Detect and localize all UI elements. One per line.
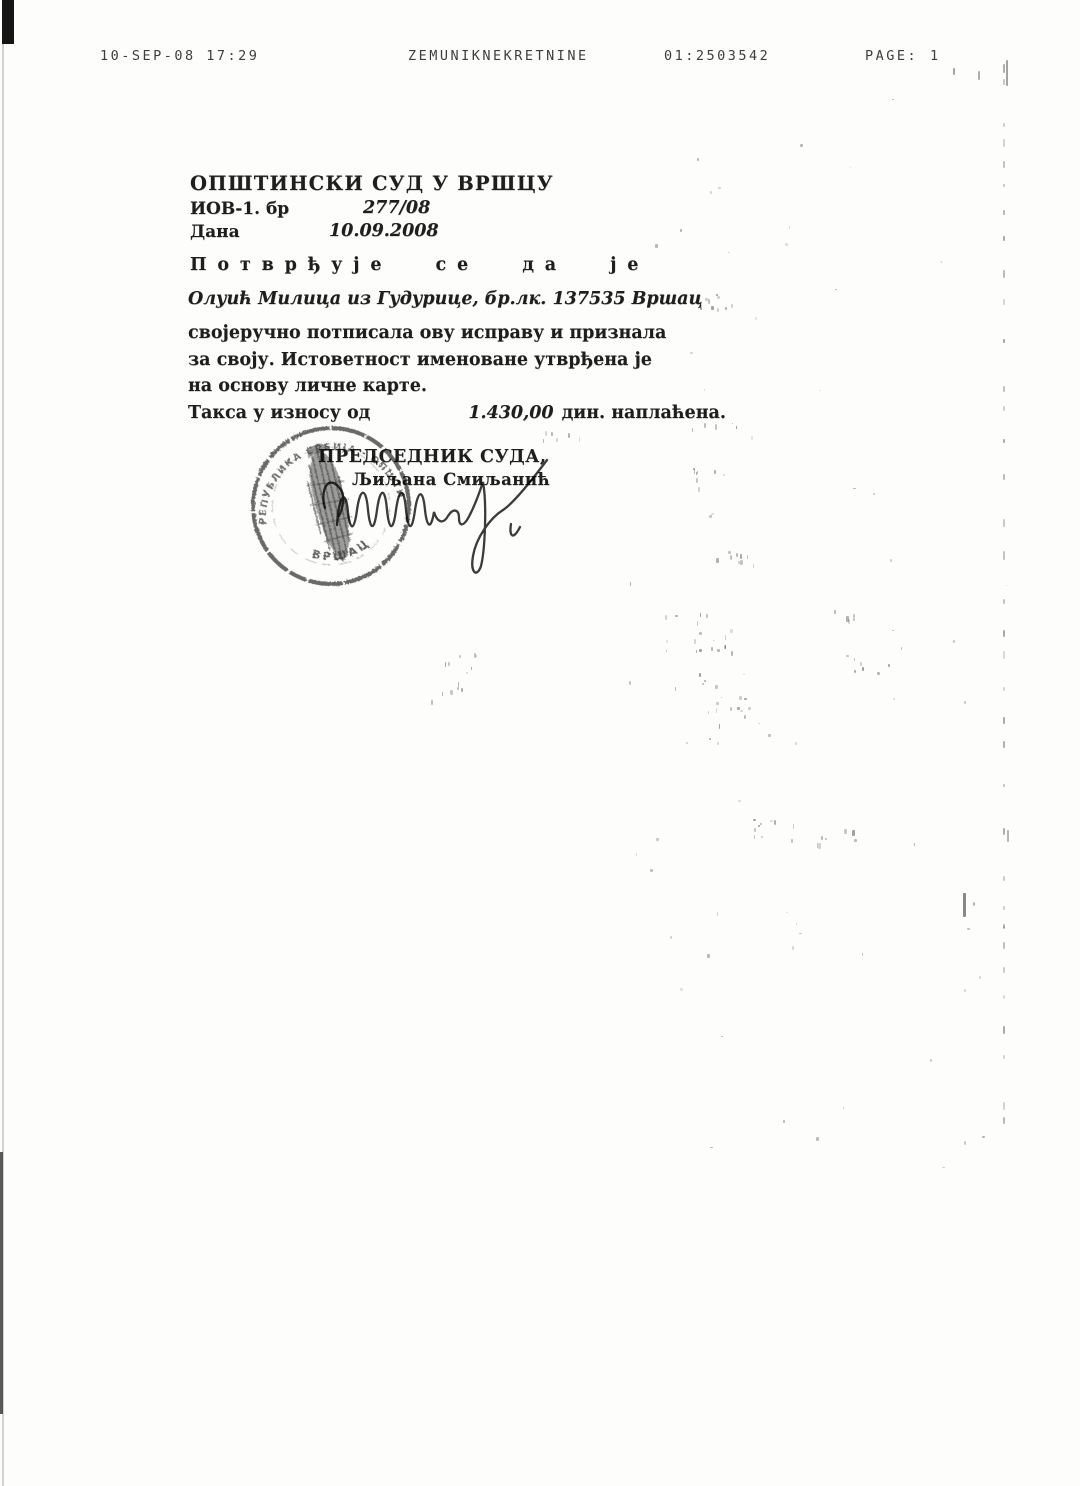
noise-speck [789, 226, 790, 230]
date-label: Дана [190, 222, 240, 242]
noise-speck [1003, 270, 1005, 278]
noise-speck [796, 923, 797, 924]
noise-speck [1003, 1117, 1005, 1124]
noise-speck [914, 843, 916, 846]
noise-speck [751, 436, 752, 440]
noise-speck [705, 298, 708, 302]
noise-speck [853, 614, 855, 617]
noise-speck [843, 1107, 844, 1109]
noise-speck [1003, 967, 1005, 973]
noise-speck [698, 487, 700, 492]
noise-speck [694, 639, 696, 644]
noise-speck [445, 662, 447, 667]
noise-speck [714, 470, 717, 474]
noise-speck [758, 723, 760, 724]
noise-speck [754, 828, 756, 832]
noise-speck [755, 317, 758, 320]
noise-speck [854, 839, 856, 842]
noise-speck [717, 308, 719, 312]
noise-speck [973, 902, 975, 906]
noise-speck [844, 829, 847, 834]
noise-speck [697, 158, 699, 161]
noise-speck [1003, 876, 1005, 881]
noise-speck [732, 423, 733, 425]
noise-speck [783, 1120, 784, 1124]
noise-speck [1003, 123, 1005, 126]
noise-speck [442, 692, 443, 695]
noise-speck [725, 307, 728, 311]
noise-speck [728, 252, 729, 253]
noise-speck [852, 830, 855, 835]
noise-speck [1003, 386, 1005, 392]
court-name-heading: ОПШТИНСКИ СУД У ВРШЦУ [190, 172, 554, 195]
scan-corner-black-bar [2, 0, 14, 44]
noise-speck [699, 632, 701, 635]
fax-page-label: PAGE: [865, 48, 918, 64]
noise-speck [964, 701, 966, 704]
noise-speck [848, 619, 850, 624]
noise-speck [711, 647, 713, 651]
noise-speck [709, 515, 712, 518]
noise-speck [743, 673, 745, 675]
noise-speck [761, 836, 763, 838]
noise-speck [670, 936, 672, 939]
noise-speck [704, 680, 707, 682]
fax-datetime: 10-SEP-08 17:29 [100, 48, 259, 64]
noise-speck [656, 838, 659, 841]
noise-speck [738, 800, 740, 802]
fax-sender-id: ZEMUNIKNEKRETNINE [408, 48, 589, 64]
noise-speck [725, 635, 726, 640]
noise-speck [675, 687, 677, 691]
noise-speck [1003, 551, 1005, 559]
noise-speck [680, 988, 683, 991]
noise-speck [650, 869, 653, 872]
noise-speck [754, 835, 755, 839]
noise-speck [978, 71, 980, 80]
fax-number: 01:2503542 [664, 48, 770, 64]
noise-speck [873, 493, 875, 495]
noise-speck [967, 928, 970, 930]
case-number-value: 277/08 [363, 198, 430, 218]
noise-speck [1003, 139, 1005, 147]
noise-speck [709, 738, 711, 741]
noise-speck [725, 645, 726, 649]
noise-speck [723, 474, 725, 476]
noise-speck [770, 820, 773, 822]
noise-speck [774, 820, 776, 825]
noise-speck [718, 187, 720, 189]
noise-speck [1003, 784, 1005, 788]
noise-speck [940, 261, 943, 263]
noise-speck [964, 989, 966, 993]
noise-speck [768, 734, 770, 737]
noise-speck [568, 433, 570, 438]
noise-speck [693, 468, 696, 470]
noise-speck [731, 304, 733, 308]
noise-speck [717, 649, 720, 652]
noise-speck [474, 653, 476, 658]
scan-left-edge-dark-segment [0, 1152, 3, 1414]
noise-speck [707, 954, 710, 958]
noise-speck [953, 68, 955, 75]
noise-speck [892, 630, 893, 632]
date-value: 10.09.2008 [329, 221, 439, 241]
noise-speck [630, 582, 631, 586]
noise-speck [1003, 1026, 1005, 1034]
noise-speck [704, 389, 705, 391]
noise-speck [450, 690, 453, 695]
noise-speck [1003, 1102, 1005, 1109]
noise-speck [724, 645, 726, 648]
tax-line: Такса у износу од1.430,00дин. наплаћена. [188, 403, 726, 423]
noise-speck [716, 708, 717, 712]
noise-speck [466, 672, 468, 674]
noise-speck [706, 614, 708, 618]
noise-speck [740, 560, 743, 565]
noise-speck [579, 437, 581, 442]
noise-speck [717, 296, 720, 299]
noise-speck [979, 976, 981, 979]
noise-speck [747, 555, 749, 559]
noise-speck [458, 682, 459, 687]
noise-speck [696, 650, 697, 653]
noise-speck [850, 167, 851, 168]
noise-speck [825, 838, 827, 840]
noise-speck [942, 1167, 945, 1169]
noise-speck [888, 664, 891, 667]
noise-speck [1003, 519, 1005, 527]
noise-speck [740, 554, 743, 559]
noise-speck [730, 629, 733, 633]
noise-speck [697, 621, 698, 626]
noise-speck [800, 144, 803, 146]
noise-speck [728, 551, 731, 554]
noise-speck [853, 488, 855, 490]
noise-speck [1003, 926, 1005, 929]
noise-speck [1003, 210, 1005, 215]
noise-speck [953, 640, 955, 644]
noise-speck [459, 655, 461, 657]
noise-speck [730, 555, 732, 560]
president-signature [315, 430, 565, 590]
noise-speck [716, 558, 719, 563]
noise-speck [760, 823, 762, 825]
noise-speck [846, 655, 848, 658]
noise-speck [731, 651, 733, 656]
noise-speck [704, 423, 705, 428]
noise-speck [721, 1036, 723, 1037]
noise-speck [715, 685, 718, 689]
noise-speck [697, 471, 698, 475]
noise-speck [675, 615, 678, 617]
noise-speck [680, 229, 682, 232]
noise-speck [1003, 687, 1005, 691]
tax-amount: 1.430,00 [468, 403, 553, 423]
noise-speck [740, 710, 742, 711]
noise-speck [1003, 1055, 1005, 1059]
noise-speck [665, 615, 666, 619]
noise-speck [713, 640, 715, 642]
noise-speck [1003, 474, 1005, 481]
noise-speck [721, 697, 722, 699]
noise-speck [964, 1141, 965, 1145]
noise-speck [708, 299, 710, 304]
noise-speck [710, 191, 713, 195]
noise-speck [700, 613, 701, 617]
noise-speck [791, 839, 793, 844]
noise-speck [738, 561, 740, 564]
noise-speck [860, 662, 862, 666]
fax-noise-layer [0, 0, 1080, 1486]
noise-speck [821, 836, 822, 841]
fax-page-number: 1 [930, 48, 941, 64]
noise-speck [711, 513, 714, 516]
noise-speck [816, 1137, 819, 1140]
noise-speck [699, 649, 702, 652]
noise-speck [702, 683, 704, 685]
noise-speck [785, 243, 788, 246]
noise-speck [835, 289, 837, 291]
noise-speck [711, 306, 714, 310]
noise-speck [1003, 651, 1005, 659]
noise-speck [699, 673, 701, 678]
noise-speck [1003, 184, 1005, 187]
certification-statement: Потврђује се да је [190, 255, 649, 275]
noise-speck [448, 662, 450, 666]
noise-speck [692, 428, 694, 432]
noise-speck [708, 711, 709, 714]
noise-speck [431, 700, 434, 705]
noise-speck [461, 688, 462, 693]
noise-speck [1003, 906, 1005, 910]
scanned-document-page: 10-SEP-08 17:29 ZEMUNIKNEKRETNINE 01:250… [0, 0, 1080, 1486]
noise-speck [716, 702, 719, 705]
noise-speck [694, 469, 695, 474]
noise-speck [786, 912, 788, 913]
noise-speck [696, 478, 697, 483]
noise-speck [1003, 741, 1005, 747]
noise-speck [1003, 630, 1005, 638]
noise-speck [1003, 161, 1005, 168]
noise-speck [854, 670, 856, 673]
noise-speck [817, 843, 819, 847]
noise-speck [730, 707, 732, 711]
noise-speck [1003, 299, 1005, 305]
noise-speck [655, 244, 658, 248]
noise-speck [877, 672, 879, 675]
noise-speck [963, 893, 966, 917]
noise-speck [846, 616, 849, 621]
noise-speck [792, 946, 794, 949]
noise-speck [744, 698, 746, 700]
noise-speck [901, 647, 902, 651]
noise-speck [719, 724, 720, 729]
noise-speck [893, 698, 895, 700]
noise-speck [1003, 942, 1005, 949]
noise-speck [890, 559, 892, 562]
noise-speck [457, 687, 459, 690]
noise-speck [748, 707, 751, 711]
noise-speck [1007, 830, 1009, 842]
noise-speck [690, 352, 692, 354]
noise-speck [795, 742, 797, 745]
noise-speck [819, 390, 820, 391]
noise-speck [758, 825, 760, 827]
noise-speck [1003, 599, 1005, 603]
noise-speck [716, 294, 718, 297]
noise-speck [476, 655, 477, 657]
noise-speck [1003, 828, 1005, 835]
noise-speck [834, 610, 836, 614]
noise-speck [799, 933, 802, 934]
noise-speck [686, 742, 688, 744]
noise-speck [666, 640, 668, 644]
noise-speck [854, 658, 855, 661]
noise-speck [1003, 439, 1005, 444]
noise-speck [666, 650, 667, 652]
noise-speck [736, 553, 738, 556]
noise-speck [696, 472, 697, 475]
noise-speck [853, 618, 855, 621]
noise-speck [717, 742, 719, 745]
noise-speck [1003, 924, 1005, 929]
noise-speck [1003, 406, 1005, 411]
noise-speck [1003, 339, 1005, 343]
noise-speck [892, 99, 894, 100]
noise-speck [744, 715, 746, 719]
noise-speck [793, 824, 794, 829]
case-number-label: ИОВ-1. бр [190, 199, 289, 219]
noise-speck [1003, 717, 1005, 725]
noise-speck [715, 424, 716, 429]
fax-header: 10-SEP-08 17:29 ZEMUNIKNEKRETNINE 01:250… [0, 48, 1080, 68]
noise-speck [1003, 995, 1005, 999]
noise-speck [753, 819, 756, 821]
noise-speck [710, 1147, 713, 1148]
noise-speck [1003, 79, 1005, 86]
noise-speck [736, 426, 738, 429]
noise-speck [629, 681, 632, 685]
noise-speck [717, 912, 718, 916]
tax-suffix: дин. наплаћена. [562, 403, 726, 423]
noise-speck [862, 953, 863, 956]
noise-speck [818, 843, 820, 848]
noise-speck [930, 1059, 931, 1062]
certification-body-paragraph: својеручно потписала ову исправу и призн… [188, 320, 670, 400]
noise-speck [636, 853, 637, 856]
noise-speck [1006, 585, 1007, 587]
person-identification-line: Олуић Милица из Гудурице, бр.лк. 137535 … [188, 289, 703, 309]
noise-speck [982, 1136, 984, 1139]
noise-speck [862, 667, 864, 670]
noise-speck [1003, 236, 1005, 241]
noise-speck [739, 696, 742, 700]
noise-speck [753, 564, 755, 568]
noise-speck [471, 667, 472, 670]
noise-speck [737, 707, 740, 710]
